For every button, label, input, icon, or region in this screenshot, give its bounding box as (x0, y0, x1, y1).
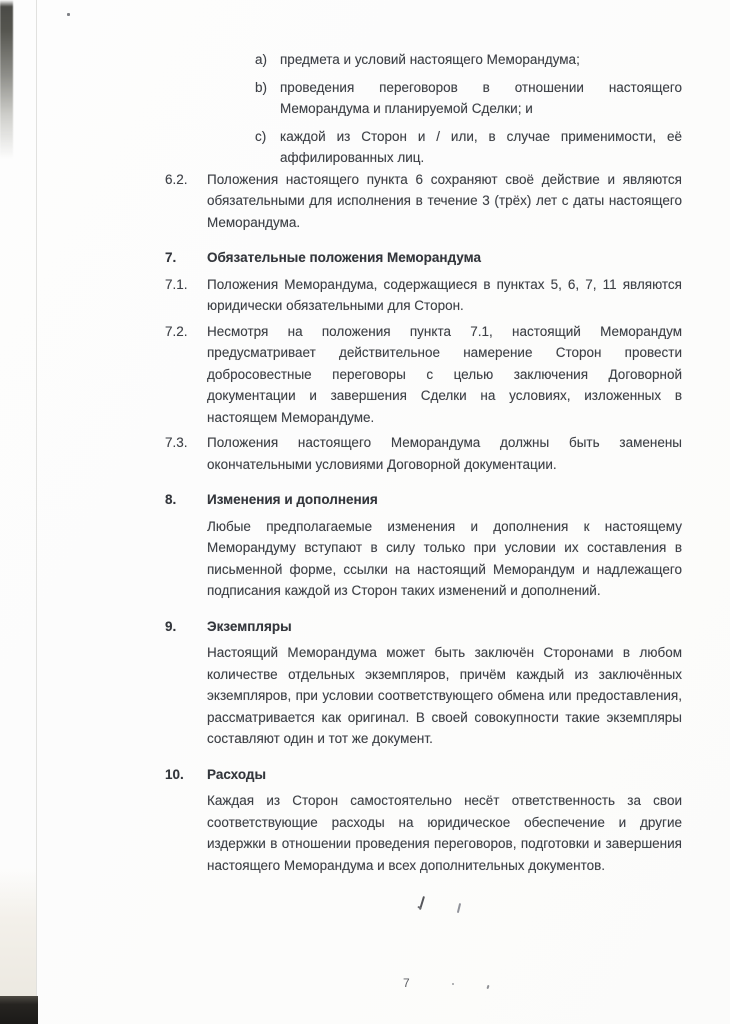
section-number: 9. (165, 616, 207, 638)
list-item-a: a) предмета и условий настоящего Меморан… (255, 49, 682, 71)
section-10-header: 10. Расходы (165, 764, 682, 786)
ink-mark (419, 896, 425, 910)
list-marker: b) (255, 77, 280, 120)
document-body: a) предмета и условий настоящего Меморан… (165, 49, 682, 880)
clause-7-2: 7.2. Несмотря на положения пункта 7.1, н… (165, 321, 682, 429)
clause-7-1: 7.1. Положения Меморандума, содержащиеся… (165, 274, 682, 317)
scan-speck (486, 985, 489, 989)
clause-number: 7.1. (165, 274, 207, 317)
list-item-c: c) каждой из Сторон и / или, в случае пр… (255, 126, 682, 169)
section-8-header: 8. Изменения и дополнения (165, 489, 682, 511)
clause-number: 6.2. (165, 169, 207, 234)
list-item-text: проведения переговоров в отношении насто… (280, 77, 682, 120)
clause-number: 7.2. (165, 321, 207, 429)
clause-6-2: 6.2. Положения настоящего пункта 6 сохра… (165, 169, 682, 234)
section-number: 8. (165, 489, 207, 511)
section-10-paragraph: Каждая из Сторон самостоятельно несёт от… (207, 790, 682, 876)
page-number: 7 (403, 976, 410, 990)
section-8-paragraph: Любые предполагаемые изменения и дополне… (207, 516, 682, 602)
clause-text: Несмотря на положения пункта 7.1, настоя… (207, 321, 682, 429)
section-number: 7. (165, 247, 207, 269)
clause-text: Положения настоящего пункта 6 сохраняют … (207, 169, 682, 234)
clause-7-3: 7.3. Положения настоящего Меморандума до… (165, 432, 682, 475)
section-title: Экземпляры (207, 616, 682, 638)
section-title: Изменения и дополнения (207, 489, 682, 511)
section-title: Расходы (207, 764, 682, 786)
paper-edge-line (36, 0, 37, 996)
sub-clause-list: a) предмета и условий настоящего Меморан… (255, 49, 682, 169)
section-9-header: 9. Экземпляры (165, 616, 682, 638)
scan-edge-shadow (0, 0, 13, 165)
list-item-text: каждой из Сторон и / или, в случае приме… (280, 126, 682, 169)
scan-speck (452, 983, 454, 985)
scanned-document-page: a) предмета и условий настоящего Меморан… (0, 0, 730, 1024)
clause-text: Положения настоящего Меморандума должны … (207, 432, 682, 475)
scan-speck (67, 13, 70, 16)
clause-text: Положения Меморандума, содержащиеся в пу… (207, 274, 682, 317)
scan-edge-tint (0, 868, 36, 996)
section-9-paragraph: Настоящий Меморандума может быть заключё… (207, 642, 682, 750)
section-title: Обязательные положения Меморандума (207, 247, 682, 269)
list-item-text: предмета и условий настоящего Меморандум… (280, 49, 682, 71)
scan-corner-black (0, 996, 38, 1024)
section-7-header: 7. Обязательные положения Меморандума (165, 247, 682, 269)
clause-number: 7.3. (165, 432, 207, 475)
list-item-b: b) проведения переговоров в отношении на… (255, 77, 682, 120)
ink-mark (457, 903, 461, 913)
list-marker: a) (255, 49, 280, 71)
section-number: 10. (165, 764, 207, 786)
list-marker: c) (255, 126, 280, 169)
